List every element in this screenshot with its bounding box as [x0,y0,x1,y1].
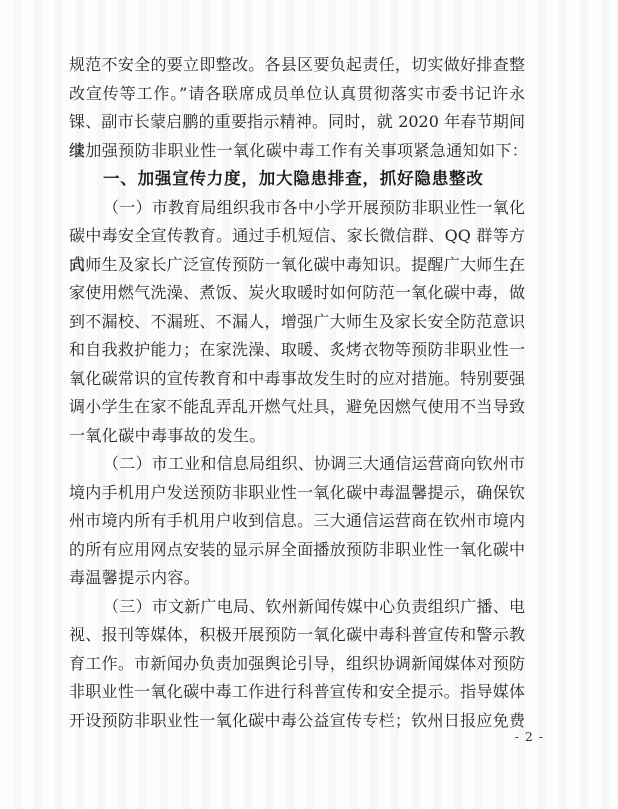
text-line: 调小学生在家不能乱弄乱开燃气灶具，避免因燃气使用不当导致 [69,393,525,422]
page-number: - 2 - [515,729,544,744]
text-line: 向师生及家长广泛宣传预防一氧化碳中毒知识。提醒广大师生在 [69,251,525,280]
text-line: 家使用燃气洗澡、煮饭、炭火取暖时如何防范一氧化碳中毒，做 [69,279,525,308]
text-line: （三）市文新广电局、钦州新闻传媒中心负责组织广播、电 [69,593,525,622]
text-line: 规范不安全的要立即整改。各县区要负起责任，切实做好排查整 [69,51,525,80]
text-line: （二）市工业和信息局组织、协调三大通信运营商向钦州市 [69,450,525,479]
text-line: 境内手机用户发送预防非职业性一氧化碳中毒温馨提示，确保钦 [69,479,525,508]
text-line: 开设预防非职业性一氧化碳中毒公益宣传专栏；钦州日报应免费 [69,707,525,736]
text-line: 的所有应用网点安装的显示屏全面播放预防非职业性一氧化碳中 [69,536,525,565]
document-page: 规范不安全的要立即整改。各县区要负起责任，切实做好排查整改宣传等工作。”请各联席… [0,0,618,809]
document-body: 规范不安全的要立即整改。各县区要负起责任，切实做好排查整改宣传等工作。”请各联席… [69,51,525,735]
text-line: 育工作。市新闻办负责加强舆论引导，组织协调新闻媒体对预防 [69,650,525,679]
text-line: 毒温馨提示内容。 [69,564,525,593]
text-line: 州市境内所有手机用户收到信息。三大通信运营商在钦州市境内 [69,507,525,536]
text-line: 和自我救护能力；在家洗澡、取暖、炙烤衣物等预防非职业性一 [69,336,525,365]
text-line: 非职业性一氧化碳中毒工作进行科普宣传和安全提示。指导媒体 [69,678,525,707]
text-line: 锞、副市长蒙启鹏的重要指示精神。同时，就 2020 年春节期间继 [69,108,525,137]
text-line: 氧化碳常识的宣传教育和中毒事故发生时的应对措施。特别要强 [69,365,525,394]
text-line: 到不漏校、不漏班、不漏人，增强广大师生及家长安全防范意识 [69,308,525,337]
text-line: 续加强预防非职业性一氧化碳中毒工作有关事项紧急通知如下： [69,137,525,166]
text-line: 视、报刊等媒体，积极开展预防一氧化碳中毒科普宣传和警示教 [69,621,525,650]
text-line: 碳中毒安全宣传教育。通过手机短信、家长微信群、QQ 群等方式， [69,222,525,251]
text-line: 一氧化碳中毒事故的发生。 [69,422,525,451]
text-line: （一）市教育局组织我市各中小学开展预防非职业性一氧化 [69,194,525,223]
text-line: 改宣传等工作。”请各联席成员单位认真贯彻落实市委书记许永 [69,80,525,109]
section-heading: 一、加强宣传力度，加大隐患排查，抓好隐患整改 [69,165,525,194]
